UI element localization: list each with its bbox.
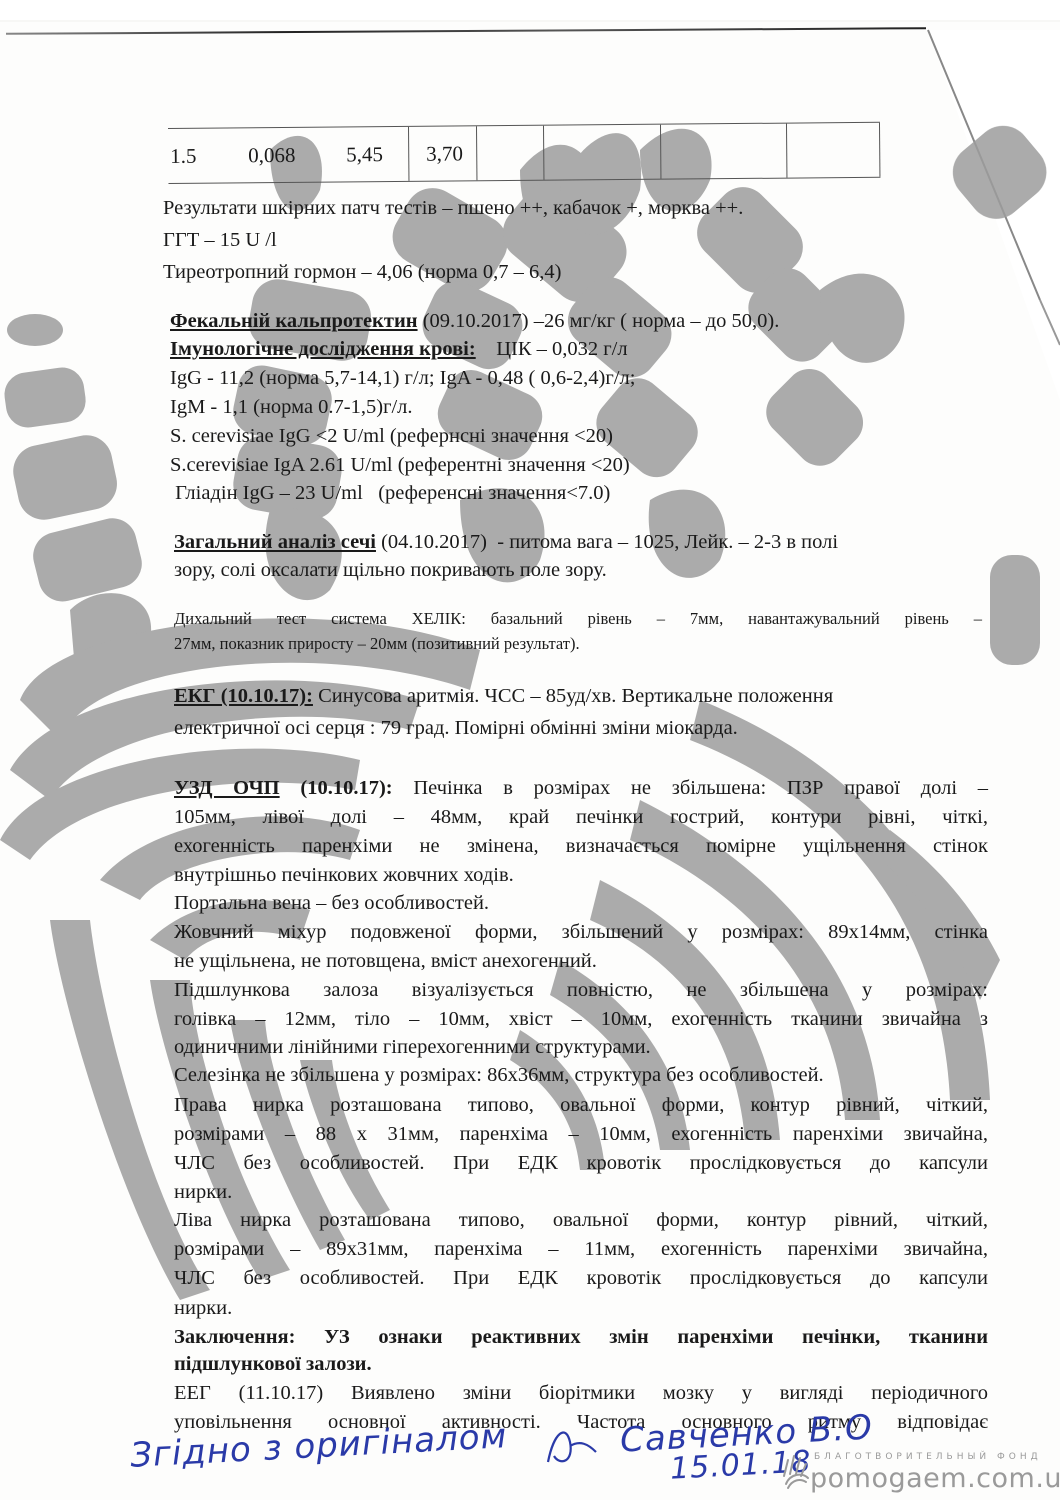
table-cell: 3,70	[426, 126, 463, 180]
table-divider	[879, 123, 880, 177]
table-divider	[476, 126, 477, 180]
calprotectin-title: Фекальній кальпротектин	[170, 310, 418, 332]
ultrasound-title: УЗД ОЧП	[174, 777, 280, 799]
ecg-line-1: ЕКГ (10.10.17): Синусова аритмія. ЧСС – …	[174, 684, 833, 708]
table-divider	[660, 125, 661, 179]
ultrasound-line: 105мм, лівої долі – 48мм, край печінки г…	[174, 805, 988, 829]
calprotectin-text: (09.10.2017) –26 мг/кг ( норма – до 50,0…	[418, 310, 780, 332]
eeg-line-1: ЕЕГ (11.10.17) Виявлено зміни біорітмики…	[174, 1381, 988, 1405]
ecg-line-2: електричної осі серця : 79 град. Помірні…	[174, 716, 738, 740]
ultrasound-line-1: УЗД ОЧП (10.10.17): Печінка в розмірах н…	[174, 776, 988, 800]
ultrasound-conclusion: Заключення: УЗ ознаки реактивних змін па…	[174, 1325, 988, 1349]
conclusion-label: Заключення:	[174, 1326, 324, 1348]
table-divider	[408, 127, 409, 181]
handwritten-certification: Згідно з оригіналом Савченко В.О 15.01.1…	[130, 1418, 890, 1498]
results-table: 1.5 0,068 5,45 3,70	[168, 122, 880, 182]
ultrasound-date: (10.10.17):	[280, 777, 414, 799]
immunology: Імунологічне дослідження крові: ЦІК – 0,…	[170, 337, 628, 361]
ecg-title: ЕКГ (10.10.17):	[174, 685, 313, 707]
document-content: 1.5 0,068 5,45 3,70 Результати шкірних п…	[0, 0, 1060, 1500]
ultrasound-line: одиничними лінійними гіперехогенними стр…	[174, 1035, 651, 1059]
ultrasound-line: розмірами – 89х31мм, паренхіма – 11мм, е…	[174, 1237, 988, 1261]
ultrasound-line: Ліва нирка розташована типово, овальної …	[174, 1208, 988, 1232]
breath-test-line-2: 27мм, показник приросту – 20мм (позитивн…	[174, 632, 580, 656]
table-cell: 1.5	[170, 129, 197, 183]
table-divider	[786, 124, 787, 178]
ultrasound-line: розмірами – 88 х 31мм, паренхіма – 10мм,…	[174, 1122, 988, 1146]
table-divider	[543, 126, 544, 180]
ultrasound-line: нирки.	[174, 1296, 232, 1320]
immunology-title: Імунологічне дослідження крові:	[170, 338, 476, 360]
ultrasound-line: не ущільнена, не потовщена, вміст анехог…	[174, 949, 597, 973]
calprotectin: Фекальній кальпротектин (09.10.2017) –26…	[170, 309, 779, 333]
immunology-line: IgG - 11,2 (норма 5,7-14,1) г/л; IgA - 0…	[170, 366, 635, 390]
ultrasound-conclusion-line-2: підшлункової залози.	[174, 1352, 372, 1376]
urine-text: (04.10.2017) - питома вага – 1025, Лейк.…	[376, 531, 838, 553]
table-cell: 5,45	[346, 127, 383, 181]
skin-tests: Результати шкірних патч тестів – пшено +…	[163, 196, 743, 220]
conclusion-text: УЗ ознаки реактивних змін паренхіми печі…	[324, 1326, 988, 1348]
ultrasound-line: нирки.	[174, 1180, 232, 1204]
ultrasound-text: Печінка в розмірах не збільшена: ПЗР пра…	[413, 777, 988, 799]
ultrasound-line: Селезінка не збільшена у розмірах: 86х36…	[174, 1063, 824, 1087]
immunology-text: ЦІК – 0,032 г/л	[476, 338, 628, 360]
urine-title: Загальний аналіз сечі	[174, 531, 376, 553]
urine-line-2: зору, солі оксалати щільно покривають по…	[174, 558, 607, 582]
ultrasound-line: голівка – 12мм, тіло – 10мм, хвіст – 10м…	[174, 1007, 988, 1031]
immunology-line: S.cerevisiae IgA 2.61 U/ml (референтні з…	[170, 453, 630, 477]
immunology-line: Гліадін IgG – 23 U/ml (референсні значен…	[170, 481, 610, 505]
hand-logo-icon	[780, 1454, 812, 1490]
ultrasound-line: ЧЛС без особливостей. При ЕДК кровотік п…	[174, 1151, 988, 1175]
breath-test-line-1: Дихальний тест система ХЕЛІК: базальний …	[174, 607, 982, 631]
immunology-line: IgM - 1,1 (норма 0.7-1,5)г/л.	[170, 395, 413, 419]
table-cell: 0,068	[248, 128, 296, 182]
ultrasound-line: Права нирка розташована типово, овальної…	[174, 1093, 988, 1117]
ultrasound-line: Жовчний міхур подовженої форми, збільшен…	[174, 920, 988, 944]
ecg-text: Синусова аритмія. ЧСС – 85уд/хв. Вертика…	[313, 685, 833, 707]
tsh: Тиреотропний гормон – 4,06 (норма 0,7 – …	[163, 260, 561, 284]
ultrasound-line: ЧЛС без особливостей. При ЕДК кровотік п…	[174, 1266, 988, 1290]
ultrasound-line: Портальна вена – без особливостей.	[174, 891, 489, 915]
logo-tagline: БЛАГОТВОРИТЕЛЬНЫЙ ФОНД	[814, 1452, 1042, 1462]
signature-mark-icon	[540, 1422, 600, 1468]
immunology-line: S. cerevisiae IgG <2 U/ml (рефернсні зна…	[170, 424, 613, 448]
ggt: ГГТ – 15 U /l	[163, 228, 277, 252]
watermark-logo: БЛАГОТВОРИТЕЛЬНЫЙ ФОНД pomogaem.com.ua	[780, 1452, 1060, 1500]
logo-name: pomogaem.com.ua	[810, 1463, 1060, 1494]
ultrasound-line: внутрішньо печінкових жовчних ходів.	[174, 863, 514, 887]
ultrasound-line: ехогенність паренхіми не змінена, визнач…	[174, 834, 988, 858]
table-row: 1.5 0,068 5,45 3,70	[168, 122, 880, 184]
ultrasound-line: Підшлункова залоза візуалізується повніс…	[174, 978, 988, 1002]
urine-line-1: Загальний аналіз сечі (04.10.2017) - пит…	[174, 530, 838, 554]
certification-text: Згідно з оригіналом	[129, 1416, 508, 1476]
